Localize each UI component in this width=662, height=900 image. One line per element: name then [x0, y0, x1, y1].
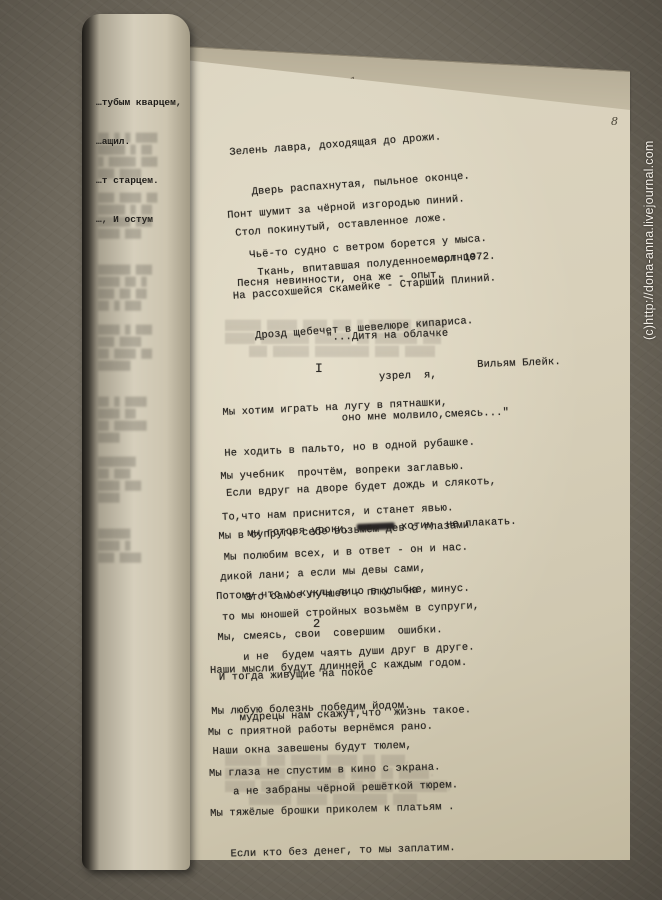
- watermark: (c)http://dona-anna.livejournal.com: [642, 50, 658, 340]
- poem-line: Мы глаза не спустим в кино с экрана.: [209, 761, 454, 781]
- rolled-line: …тубым кварцем,: [96, 96, 182, 109]
- page-number: 8: [611, 115, 618, 128]
- typewritten-page: 8 ▓▓▓▓▓▓ ▓▓▓▓▓ ▓▓▓▓ ▓▓▓ ▓ ▓▓▓▓▓▓▓ ▓▓▓▓▓ …: [185, 60, 630, 860]
- poem-line: Если кто без денег, то мы заплатим.: [211, 842, 456, 862]
- poem-line: Потому что у куклы лицо в улыбке,: [216, 582, 467, 604]
- poem-line: Зелень лавра, доходящая до дрожи.: [229, 129, 474, 160]
- poem-line: Мы тяжёлые брошки приколем к платьям .: [210, 801, 455, 821]
- rolled-page-faded-text: ▓▓ ▓ ▓ ▓▓▓▓ ▓▓▓▓▓ ▓ ▓▓ ▓ ▓▓▓▓▓ ▓▓▓ ▓▓▓ ▓…: [98, 132, 157, 564]
- poem-line: Мы в супруги себе возьмём дев с глазами: [218, 519, 476, 544]
- poem-line: Мы учебник прочтём, вопреки заглавью.: [220, 461, 465, 485]
- poem-line: Мы с приятной работы вернёмся рано.: [208, 720, 453, 740]
- part-heading-2: 2: [313, 618, 320, 632]
- rolled-page: …тубым кварцем, …ащил. …т старцем. …, И …: [82, 14, 190, 870]
- epigraph-line: "...Дитя на облачке: [326, 326, 507, 346]
- poem-line: Наши мысли будут длинней с каждым годом.: [210, 657, 468, 679]
- part2-stanza-2: Мы с приятной работы вернёмся рано. Мы г…: [207, 693, 457, 889]
- part-heading-1: I: [315, 362, 323, 376]
- poem-line: Мы хотим играть на лугу в пятнашки,: [222, 394, 511, 421]
- poem-line: Понт шумит за чёрной изгородью пиний.: [227, 192, 491, 224]
